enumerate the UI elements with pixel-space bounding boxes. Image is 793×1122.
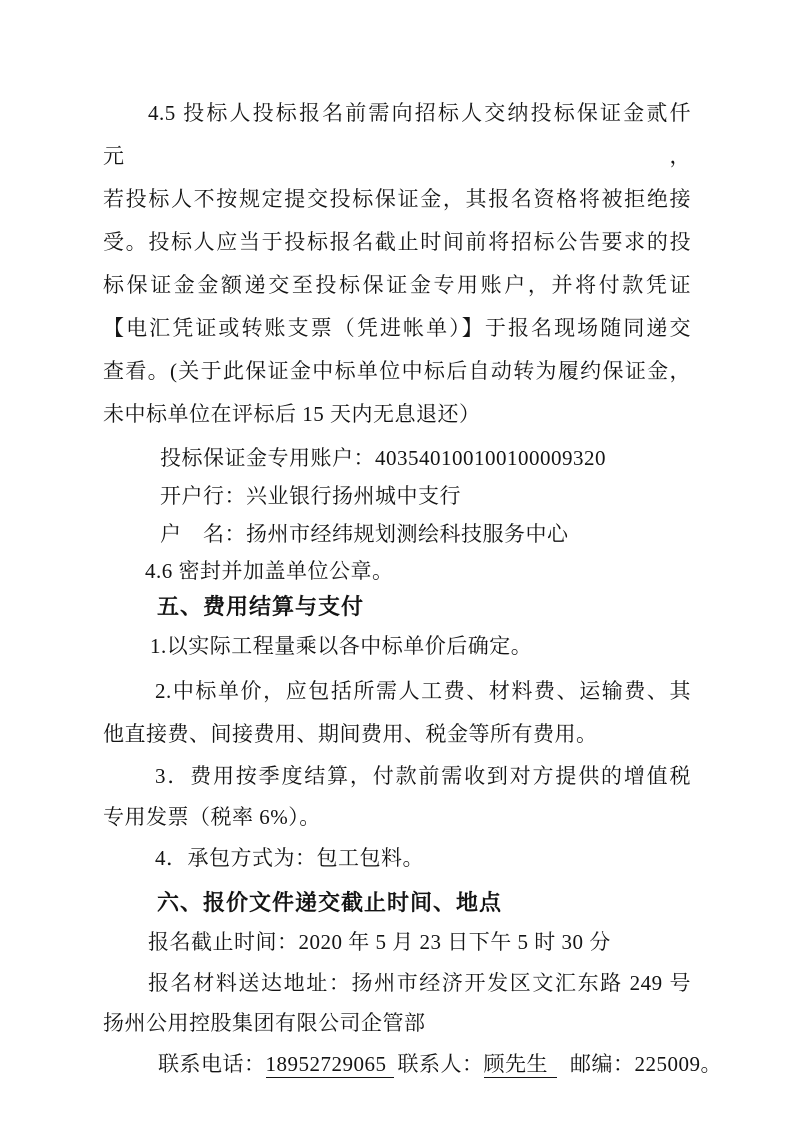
clause-4-5-line-5: 【电汇凭证或转账支票（凭进帐单）】于报名现场随同递交 bbox=[103, 307, 691, 350]
deposit-bank-line: 开户行：兴业银行扬州城中支行 bbox=[103, 477, 691, 515]
contact-line: 联系电话：18952729065联系人：顾先生邮编：225009。 bbox=[103, 1043, 691, 1085]
clause-4-5-line-2: 若投标人不按规定提交投标保证金，其报名资格将被拒绝接 bbox=[103, 178, 691, 221]
section-6-heading: 六、报价文件递交截止时间、地点 bbox=[103, 885, 691, 921]
delivery-address-line-2: 扬州公用控股集团有限公司企管部 bbox=[103, 1003, 691, 1043]
contact-phone-number: 18952729065 bbox=[266, 1052, 394, 1078]
payment-item-3-line-1: 3．费用按季度结算，付款前需收到对方提供的增值税 bbox=[103, 756, 691, 797]
tender-document-page: 4.5 投标人投标报名前需向招标人交纳投标保证金贰仟元， 若投标人不按规定提交投… bbox=[0, 0, 793, 1122]
contact-phone-label: 联系电话： bbox=[158, 1052, 266, 1076]
clause-4-5-line-4: 标保证金金额递交至投标保证金专用账户，并将付款凭证 bbox=[103, 264, 691, 307]
deposit-holder-line: 户 名：扬州市经纬规划测绘科技服务中心 bbox=[103, 515, 691, 553]
payment-item-2-line-1: 2.中标单价，应包括所需人工费、材料费、运输费、其 bbox=[103, 670, 691, 713]
contact-person-label: 联系人： bbox=[398, 1052, 484, 1076]
clause-4-6-line: 4.6 密封并加盖单位公章。 bbox=[103, 553, 691, 589]
payment-item-1: 1.以实际工程量乘以各中标单价后确定。 bbox=[103, 625, 691, 668]
registration-deadline-line: 报名截止时间：2020 年 5 月 23 日下午 5 时 30 分 bbox=[103, 921, 691, 963]
clause-4-5-line-6: 查看。(关于此保证金中标单位中标后自动转为履约保证金， bbox=[103, 350, 691, 393]
payment-item-2-line-2: 他直接费、间接费用、期间费用、税金等所有费用。 bbox=[103, 713, 691, 756]
clause-4-5-line-1: 4.5 投标人投标报名前需向招标人交纳投标保证金贰仟元， bbox=[103, 92, 691, 178]
contact-person-name: 顾先生 bbox=[484, 1052, 558, 1078]
section-5-heading: 五、费用结算与支付 bbox=[103, 589, 691, 625]
payment-item-2: 2.中标单价，应包括所需人工费、材料费、运输费、其 他直接费、间接费用、期间费用… bbox=[103, 670, 691, 756]
delivery-address-line-1: 报名材料送达地址：扬州市经济开发区文汇东路 249 号 bbox=[103, 963, 691, 1003]
payment-item-4: 4．承包方式为：包工包料。 bbox=[103, 838, 691, 879]
contact-postcode-value: 225009。 bbox=[635, 1052, 723, 1076]
payment-item-3: 3．费用按季度结算，付款前需收到对方提供的增值税 专用发票（税率 6%）。 bbox=[103, 756, 691, 838]
payment-item-3-line-2: 专用发票（税率 6%）。 bbox=[103, 797, 691, 838]
contact-postcode-label: 邮编： bbox=[570, 1052, 635, 1076]
clause-4-5-line-3: 受。投标人应当于投标报名截止时间前将招标公告要求的投 bbox=[103, 221, 691, 264]
delivery-address-block: 报名材料送达地址：扬州市经济开发区文汇东路 249 号 扬州公用控股集团有限公司… bbox=[103, 963, 691, 1043]
deposit-account-block: 投标保证金专用账户：403540100100100009320 开户行：兴业银行… bbox=[103, 439, 691, 553]
deposit-account-number-line: 投标保证金专用账户：403540100100100009320 bbox=[103, 439, 691, 477]
clause-4-5-line-7: 未中标单位在评标后 15 天内无息退还） bbox=[103, 393, 691, 436]
clause-4-5-paragraph: 4.5 投标人投标报名前需向招标人交纳投标保证金贰仟元， 若投标人不按规定提交投… bbox=[103, 92, 691, 436]
